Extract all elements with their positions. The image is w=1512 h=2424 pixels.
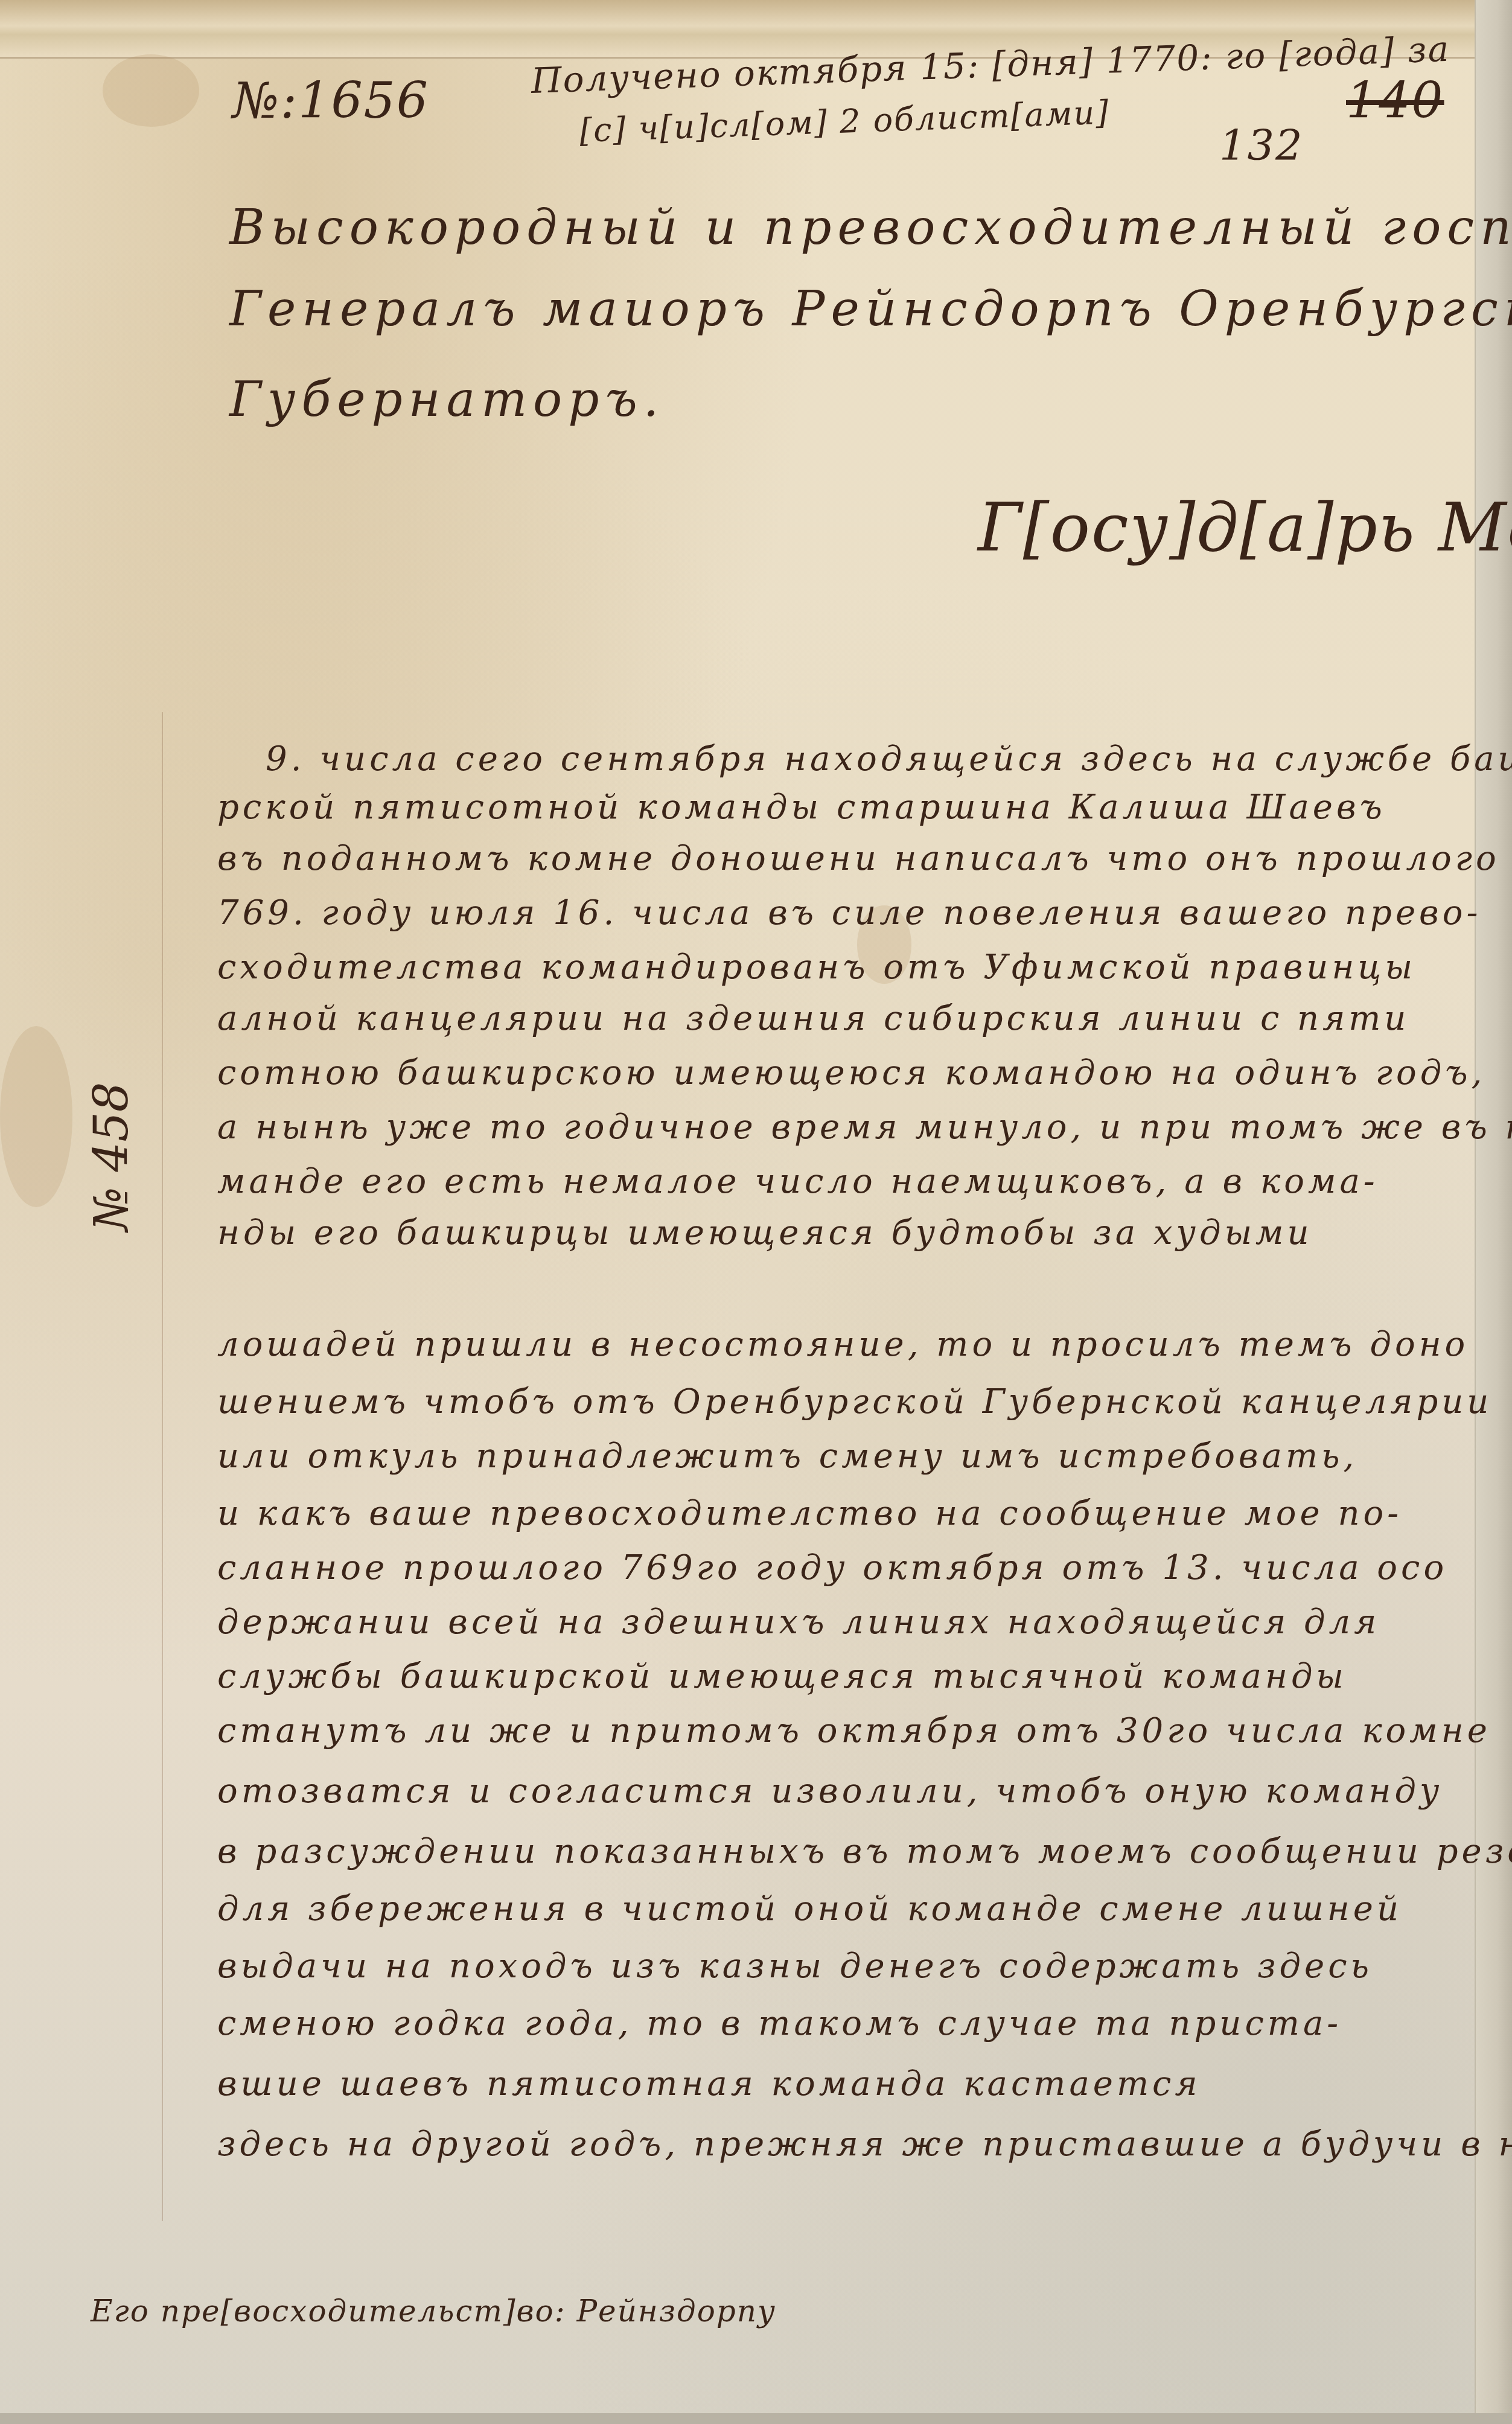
margin-annotation: № 458 [85, 1231, 91, 1237]
page-bottom-edge [0, 2413, 1512, 2424]
addressee-footer-note: Его пре[восходительст]во: Рейнздорпу [91, 2294, 776, 2329]
received-pages-note: [с] ч[и]сл[ом] 2 облист[ами] [579, 93, 1110, 150]
body-line: сменою годка года, то в такомъ случае та… [217, 2004, 1342, 2043]
paper-stain [0, 1026, 72, 1207]
body-line: сотною башкирскою имеющеюся командою на … [217, 1053, 1485, 1092]
body-line: 9. числа сего сентября находящейся здесь… [266, 739, 1512, 779]
body-line: выдачи на походъ изъ казны денегъ содерж… [217, 1947, 1373, 1986]
folio-number: 132 [1219, 121, 1304, 170]
document-number: №:1656 [232, 72, 429, 130]
body-line: отозватся и согласится изволили, чтобъ о… [217, 1772, 1443, 1811]
address-line: Губернаторъ. [229, 371, 665, 427]
body-line: здесь на другой годъ, прежняя же пристав… [217, 2125, 1512, 2164]
body-line: или откуль принадлежитъ смену имъ истреб… [217, 1437, 1357, 1476]
body-line: держании всей на здешнихъ линиях находящ… [217, 1603, 1380, 1642]
body-line: въ поданномъ комне доношени написалъ что… [217, 839, 1500, 878]
address-line: Генералъ маиоръ Рейнсдорпъ Оренбургской [229, 281, 1512, 337]
body-line: шениемъ чтобъ отъ Оренбургской Губернско… [217, 1382, 1492, 1421]
body-line: службы башкирской имеющеяся тысячной ком… [217, 1657, 1347, 1696]
paper-stain [103, 54, 199, 127]
body-line: для збережения в чистой оной команде сме… [217, 1889, 1402, 1928]
address-line: Высокородный и превосходителный господин… [229, 199, 1512, 255]
page-right-edge [1475, 0, 1512, 2424]
body-line: в разсуждении показанныхъ въ томъ моемъ … [217, 1832, 1512, 1871]
margin-rule [162, 712, 163, 2221]
body-line: манде его есть немалое число наемщиковъ,… [217, 1162, 1379, 1201]
body-line: нды его башкирцы имеющеяся будтобы за ху… [217, 1213, 1313, 1252]
body-line: 769. году июля 16. числа въ силе повелен… [217, 893, 1481, 933]
body-line: станутъ ли же и притомъ октября отъ 30го… [217, 1711, 1491, 1750]
body-line: сходителства командированъ отъ Уфимской … [217, 948, 1416, 987]
folio-number-struck: 140 [1346, 72, 1444, 130]
body-line: и какъ ваше превосходителство на сообщен… [217, 1494, 1402, 1533]
manuscript-page: №:1656 Получено октября 15: [дня] 1770: … [0, 0, 1512, 2424]
margin-annotation-text: № 458 [85, 1082, 139, 1231]
body-line: а нынѣ уже то годичное время минуло, и п… [217, 1108, 1512, 1147]
body-line: алной канцелярии на здешния сибирския ли… [217, 999, 1409, 1038]
body-line: рской пятисотной команды старшина Калиша… [217, 788, 1386, 827]
body-line: вшие шаевъ пятисотная команда кастается [217, 2064, 1201, 2103]
salutation: Г[осу]д[а]рь Мои [978, 489, 1512, 566]
body-line: лошадей пришли в несостояние, то и проси… [217, 1325, 1469, 1364]
body-line: сланное прошлого 769го году октября отъ … [217, 1548, 1447, 1587]
